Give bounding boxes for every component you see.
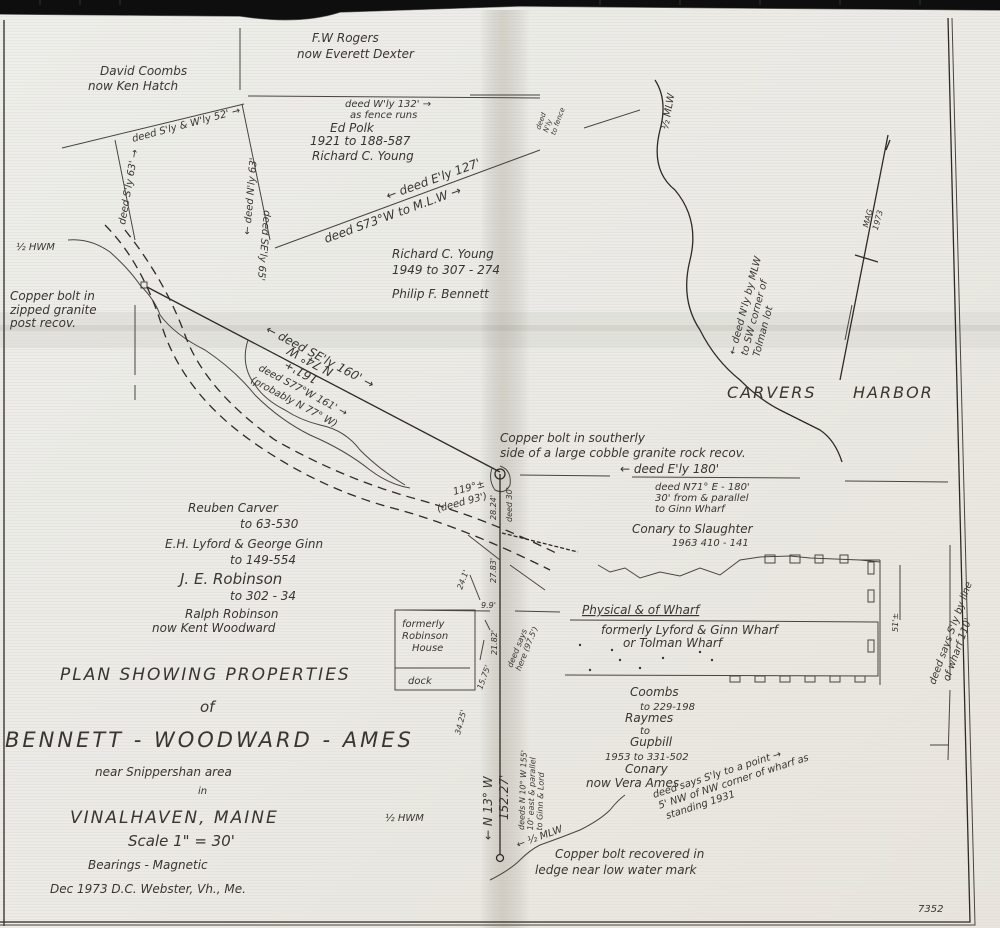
svg-text:1949 to 307 - 274: 1949 to 307 - 274	[392, 263, 500, 277]
svg-text:post recov.: post recov.	[9, 316, 76, 330]
svg-text:side of a large cobble granite: side of a large cobble granite rock reco…	[500, 446, 746, 460]
title-date-surveyor: Dec 1973 D.C. Webster, Vh., Me.	[50, 882, 246, 896]
svg-text:Copper bolt in: Copper bolt in	[10, 289, 95, 303]
svg-text:ledge near low water mark: ledge near low water mark	[535, 863, 698, 877]
svg-text:Philip F. Bennett: Philip F. Bennett	[392, 287, 490, 301]
svg-text:Physical & of Wharf: Physical & of Wharf	[582, 603, 701, 617]
svg-text:zipped granite: zipped granite	[9, 303, 97, 317]
label-coombs: David Coombs now Ken Hatch	[88, 64, 187, 93]
svg-text:Copper bolt recovered in: Copper bolt recovered in	[555, 847, 704, 861]
svg-text:Raymes: Raymes	[625, 711, 673, 725]
label-carvers: CARVERS	[727, 383, 817, 402]
title-scale: Scale 1" = 30'	[128, 832, 235, 850]
svg-text:to Ginn Wharf: to Ginn Wharf	[655, 504, 726, 515]
label-n13w: ← N 13° W	[481, 775, 495, 840]
svg-text:Gupbill: Gupbill	[630, 735, 673, 749]
label-27: 27.83'	[489, 558, 498, 583]
svg-text:Copper bolt in southerly: Copper bolt in southerly	[500, 431, 646, 445]
title-bearings: Bearings - Magnetic	[88, 858, 208, 872]
survey-plan-drawing: F.W Rogers now Everett Dexter David Coom…	[0, 0, 1000, 928]
survey-plan-sheet: F.W Rogers now Everett Dexter David Coom…	[0, 0, 1000, 928]
title-line-5: in	[198, 786, 207, 797]
svg-text:Coombs: Coombs	[630, 685, 679, 699]
svg-text:to 63-530: to 63-530	[240, 517, 299, 531]
label-young: Richard C. Young 1949 to 307 - 274 Phili…	[392, 247, 500, 301]
svg-text:now Kent Woodward: now Kent Woodward	[152, 621, 276, 635]
svg-text:as fence runs: as fence runs	[350, 110, 417, 121]
svg-text:1963 410 - 141: 1963 410 - 141	[672, 538, 749, 549]
label-harbor: HARBOR	[853, 383, 934, 402]
label-deed-ely-180: ← deed E'ly 180'	[620, 462, 719, 476]
svg-text:Ralph Robinson: Ralph Robinson	[185, 607, 279, 621]
svg-text:1921 to 188-587: 1921 to 188-587	[310, 134, 411, 148]
label-hwm-bottom: ½ HWM	[385, 812, 424, 824]
label-21: 21.82'	[490, 630, 499, 655]
svg-text:F.W Rogers: F.W Rogers	[312, 31, 379, 45]
svg-text:Robinson: Robinson	[402, 631, 448, 642]
svg-text:to 302 - 34: to 302 - 34	[230, 589, 296, 603]
label-dock: dock	[408, 676, 433, 687]
svg-text:now Ken Hatch: now Ken Hatch	[88, 79, 178, 93]
label-9-9: 9.9'	[481, 601, 496, 610]
title-line-1: PLAN SHOWING PROPERTIES	[60, 665, 351, 685]
label-hwm-left: ½ HWM	[16, 241, 55, 253]
sheet-number: 7352	[918, 904, 943, 915]
svg-text:E.H. Lyford & George Ginn: E.H. Lyford & George Ginn	[165, 537, 323, 551]
label-deed-30: deed 30'	[505, 487, 514, 522]
svg-text:Ed Polk: Ed Polk	[330, 121, 375, 135]
label-28: 28.24'	[489, 495, 498, 520]
svg-text:deed W'ly 132' →: deed W'ly 132' →	[345, 99, 431, 110]
svg-text:formerly Lyford & Ginn Wharf: formerly Lyford & Ginn Wharf	[601, 623, 780, 637]
svg-text:formerly: formerly	[402, 619, 446, 630]
svg-text:30' from & parallel: 30' from & parallel	[655, 493, 749, 504]
svg-text:or Tolman Wharf: or Tolman Wharf	[623, 636, 724, 650]
svg-text:Conary: Conary	[625, 762, 669, 776]
title-line-4: near Snippershan area	[95, 765, 232, 779]
svg-text:Richard C. Young: Richard C. Young	[312, 149, 414, 163]
title-line-6: VINALHAVEN, MAINE	[70, 808, 279, 828]
svg-text:now Everett Dexter: now Everett Dexter	[297, 47, 415, 61]
svg-text:J. E. Robinson: J. E. Robinson	[177, 570, 282, 588]
svg-text:Richard C. Young: Richard C. Young	[392, 247, 494, 261]
svg-text:David Coombs: David Coombs	[100, 64, 187, 78]
svg-text:deed N71° E - 180': deed N71° E - 180'	[655, 482, 750, 493]
svg-text:Conary to Slaughter: Conary to Slaughter	[632, 522, 754, 536]
title-line-3: BENNETT - WOODWARD - AMES	[5, 728, 414, 752]
svg-text:to 149-554: to 149-554	[230, 553, 296, 567]
label-152: 152.27'	[497, 775, 511, 820]
svg-text:House: House	[412, 643, 443, 654]
label-51: 51'±	[891, 613, 900, 632]
svg-text:Reuben Carver: Reuben Carver	[188, 501, 279, 515]
